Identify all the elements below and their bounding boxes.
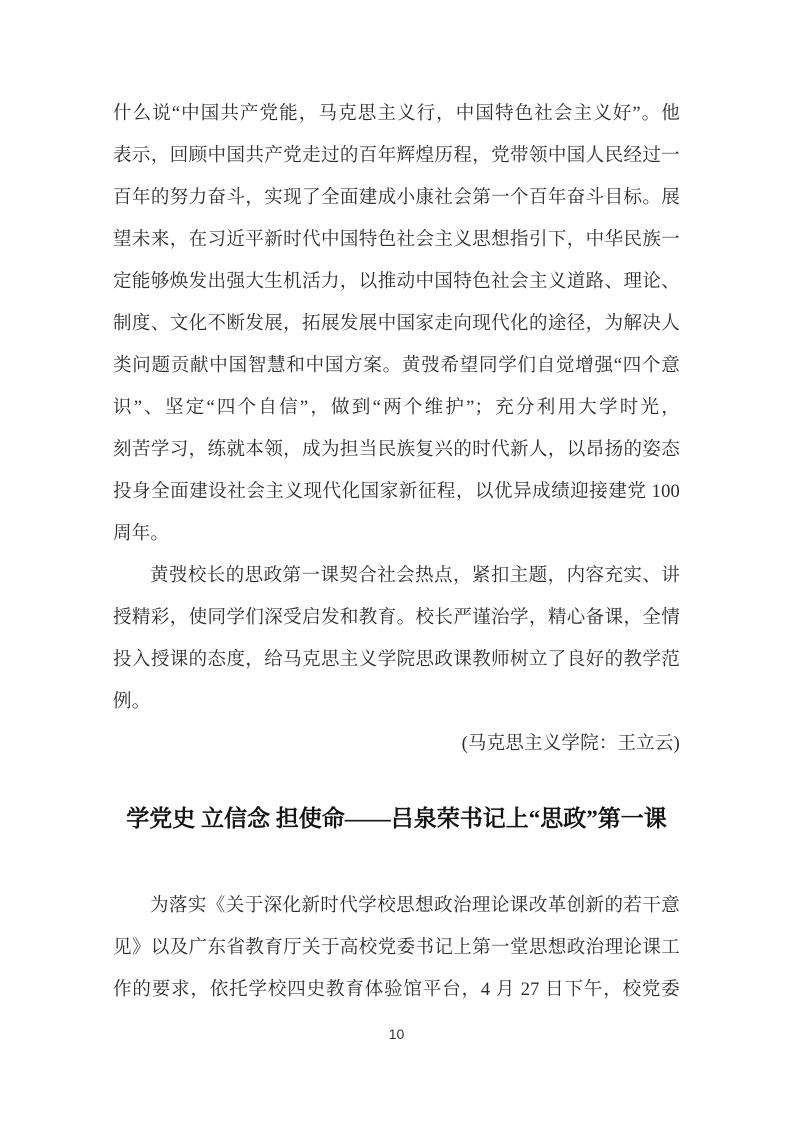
paragraph-continuation: 什么说“中国共产党能，马克思主义行，中国特色社会主义好”。他 表示，回顾中国共产… bbox=[113, 93, 680, 555]
paragraph-line: 为落实《关于深化新时代学校思想政治理论课改革创新的若干意 bbox=[113, 885, 680, 927]
paragraph-line: 识”、坚定“四个自信”，做到“两个维护”；充分利用大学时光， bbox=[113, 387, 680, 429]
attribution-line: (马克思主义学院：王立云) bbox=[113, 723, 680, 765]
paragraph: 为落实《关于深化新时代学校思想政治理论课改革创新的若干意 见》以及广东省教育厅关… bbox=[113, 885, 680, 1011]
paragraph-line: 周年。 bbox=[113, 513, 680, 555]
paragraph-line: 授精彩，使同学们深受启发和教育。校长严谨治学，精心备课，全情 bbox=[113, 597, 680, 639]
paragraph-line: 百年的努力奋斗，实现了全面建成小康社会第一个百年奋斗目标。展 bbox=[113, 177, 680, 219]
paragraph-line: 什么说“中国共产党能，马克思主义行，中国特色社会主义好”。他 bbox=[113, 93, 680, 135]
paragraph-line: 刻苦学习，练就本领，成为担当民族复兴的时代新人，以昂扬的姿态 bbox=[113, 429, 680, 471]
body-text: 什么说“中国共产党能，马克思主义行，中国特色社会主义好”。他 表示，回顾中国共产… bbox=[113, 0, 680, 1011]
article-heading: 学党史 立信念 担使命——吕泉荣书记上“思政”第一课 bbox=[113, 797, 680, 841]
paragraph-line: 作的要求，依托学校四史教育体验馆平台，4 月 27 日下午，校党委 bbox=[113, 969, 680, 1011]
paragraph-line: 黄弢校长的思政第一课契合社会热点，紧扣主题，内容充实、讲 bbox=[113, 555, 680, 597]
page-number: 10 bbox=[0, 1024, 793, 1044]
paragraph-line: 例。 bbox=[113, 681, 680, 723]
paragraph-line: 表示，回顾中国共产党走过的百年辉煌历程，党带领中国人民经过一 bbox=[113, 135, 680, 177]
paragraph-line: 投身全面建设社会主义现代化国家新征程，以优异成绩迎接建党 100 bbox=[113, 471, 680, 513]
document-page: 什么说“中国共产党能，马克思主义行，中国特色社会主义好”。他 表示，回顾中国共产… bbox=[0, 0, 793, 1122]
paragraph-line: 制度、文化不断发展，拓展发展中国家走向现代化的途径，为解决人 bbox=[113, 303, 680, 345]
paragraph-line: 望未来，在习近平新时代中国特色社会主义思想指引下，中华民族一 bbox=[113, 219, 680, 261]
paragraph-line: 定能够焕发出强大生机活力，以推动中国特色社会主义道路、理论、 bbox=[113, 261, 680, 303]
paragraph-line: 投入授课的态度，给马克思主义学院思政课教师树立了良好的教学范 bbox=[113, 639, 680, 681]
paragraph: 黄弢校长的思政第一课契合社会热点，紧扣主题，内容充实、讲 授精彩，使同学们深受启… bbox=[113, 555, 680, 723]
paragraph-line: 见》以及广东省教育厅关于高校党委书记上第一堂思想政治理论课工 bbox=[113, 927, 680, 969]
paragraph-line: 类问题贡献中国智慧和中国方案。黄弢希望同学们自觉增强“四个意 bbox=[113, 345, 680, 387]
